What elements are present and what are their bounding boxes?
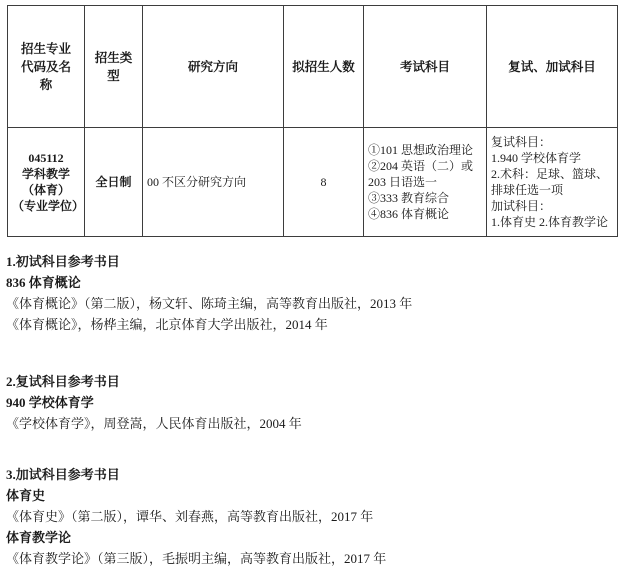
retest-line: 2.术科：足球、篮球、排球任选一项 <box>491 166 613 198</box>
exam-subject-line: ②204 英语（二）或 203 日语选一 <box>368 158 482 190</box>
section-additional-test-books: 3.加试科目参考书目 体育史 《体育史》（第二版），谭华、刘春燕，高等教育出版社… <box>6 464 612 569</box>
admissions-table: 招生专业代码及名称 招生类型 研究方向 拟招生人数 考试科目 复试、加试科目 0… <box>7 5 618 237</box>
book-entry: 《体育教学论》（第三版），毛振明主编，高等教育出版社，2017 年 <box>6 548 612 569</box>
cell-exam-subjects: ①101 思想政治理论 ②204 英语（二）或 203 日语选一 ③333 教育… <box>364 128 487 237</box>
section-retest-books: 2.复试科目参考书目 940 学校体育学 《学校体育学》，周登嵩，人民体育出版社… <box>6 371 612 434</box>
header-planned-count: 拟招生人数 <box>284 6 364 128</box>
reference-books: 1.初试科目参考书目 836 体育概论 《体育概论》（第二版），杨文轩、陈琦主编… <box>0 251 618 569</box>
subject-heading: 940 学校体育学 <box>6 392 612 413</box>
section-initial-exam-books: 1.初试科目参考书目 836 体育概论 《体育概论》（第二版），杨文轩、陈琦主编… <box>6 251 612 335</box>
retest-line: 加试科目： <box>491 198 613 214</box>
book-entry: 《学校体育学》，周登嵩，人民体育出版社，2004 年 <box>6 413 612 434</box>
cell-major-code: 045112 学科教学 （体育） （专业学位） <box>8 128 85 237</box>
section-title: 3.加试科目参考书目 <box>6 464 612 485</box>
retest-line: 复试科目： <box>491 134 613 150</box>
section-title: 2.复试科目参考书目 <box>6 371 612 392</box>
major-code-line: 学科教学 <box>12 166 80 182</box>
header-major-code: 招生专业代码及名称 <box>8 6 85 128</box>
header-research-direction: 研究方向 <box>143 6 284 128</box>
retest-line: 1.体育史 2.体育教学论 <box>491 214 613 230</box>
cell-research-direction: 00 不区分研究方向 <box>143 128 284 237</box>
cell-retest-subjects: 复试科目： 1.940 学校体育学 2.术科：足球、篮球、排球任选一项 加试科目… <box>487 128 618 237</box>
book-entry: 《体育概论》，杨桦主编，北京体育大学出版社，2014 年 <box>6 314 612 335</box>
header-exam-subjects: 考试科目 <box>364 6 487 128</box>
exam-subject-line: ④836 体育概论 <box>368 206 482 222</box>
cell-planned-count: 8 <box>284 128 364 237</box>
subject-heading: 体育史 <box>6 485 612 506</box>
table-header-row: 招生专业代码及名称 招生类型 研究方向 拟招生人数 考试科目 复试、加试科目 <box>8 6 618 128</box>
major-code-line: （体育） <box>12 182 80 198</box>
exam-subject-line: ③333 教育综合 <box>368 190 482 206</box>
header-retest-subjects: 复试、加试科目 <box>487 6 618 128</box>
major-code-line: （专业学位） <box>12 198 80 214</box>
book-entry: 《体育史》（第二版），谭华、刘春燕，高等教育出版社，2017 年 <box>6 506 612 527</box>
subject-heading: 体育教学论 <box>6 527 612 548</box>
cell-admission-type: 全日制 <box>85 128 143 237</box>
retest-line: 1.940 学校体育学 <box>491 150 613 166</box>
exam-subject-line: ①101 思想政治理论 <box>368 142 482 158</box>
admissions-document-page: 招生专业代码及名称 招生类型 研究方向 拟招生人数 考试科目 复试、加试科目 0… <box>0 5 618 573</box>
subject-heading: 836 体育概论 <box>6 272 612 293</box>
major-code-line: 045112 <box>12 150 80 166</box>
book-entry: 《体育概论》（第二版），杨文轩、陈琦主编，高等教育出版社，2013 年 <box>6 293 612 314</box>
header-admission-type: 招生类型 <box>85 6 143 128</box>
table-row: 045112 学科教学 （体育） （专业学位） 全日制 00 不区分研究方向 8… <box>8 128 618 237</box>
section-title: 1.初试科目参考书目 <box>6 251 612 272</box>
